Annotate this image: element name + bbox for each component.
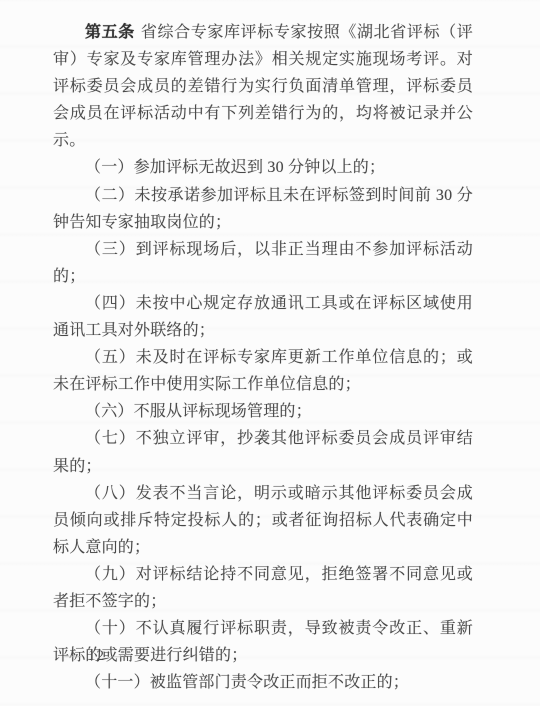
page-number-right-dash: — <box>111 649 129 665</box>
paragraph-12: （十一）被监管部门责令改正而拒不改正的； <box>53 669 473 696</box>
document-page: 第五条省综合专家库评标专家按照《湖北省评标（评审）专家及专家库管理办法》相关规定… <box>0 0 540 706</box>
paragraph-9: （八）发表不当言论，明示或暗示其他评标委员会成员倾向或排斥特定投标人的；或者征询… <box>53 480 473 561</box>
paragraph-10: （九）对评标结论持不同意见，拒绝签署不同意见或者拒不签字的； <box>53 561 473 615</box>
paragraph-6: （五）未及时在评标专家库更新工作单位信息的；或未在评标工作中使用实际工作单位信息… <box>53 344 473 398</box>
page-number: 12 <box>88 648 105 665</box>
paragraph-4: （三）到评标现场后，以非正当理由不参加评标活动的； <box>53 236 473 290</box>
paragraph-8: （七）不独立评审，抄袭其他评标委员会成员评审结果的； <box>53 425 473 479</box>
paragraph-2: （一）参加评标无故迟到 30 分钟以上的； <box>53 154 473 181</box>
paragraph-7: （六）不服从评标现场管理的； <box>53 398 473 425</box>
document-body: 第五条省综合专家库评标专家按照《湖北省评标（评审）专家及专家库管理办法》相关规定… <box>53 19 473 696</box>
paragraph-3: （二）未按承诺参加评标且未在评标签到时间前 30 分钟告知专家抽取岗位的； <box>53 182 473 236</box>
paragraph-1: 第五条省综合专家库评标专家按照《湖北省评标（评审）专家及专家库管理办法》相关规定… <box>53 19 473 154</box>
page-number-left-dash: — <box>65 649 83 665</box>
article-number: 第五条 <box>85 24 135 41</box>
paragraph-5: （四）未按中心规定存放通讯工具或在评标区域使用通讯工具对外联络的； <box>53 290 473 344</box>
page-footer: — 12 — <box>66 648 127 665</box>
